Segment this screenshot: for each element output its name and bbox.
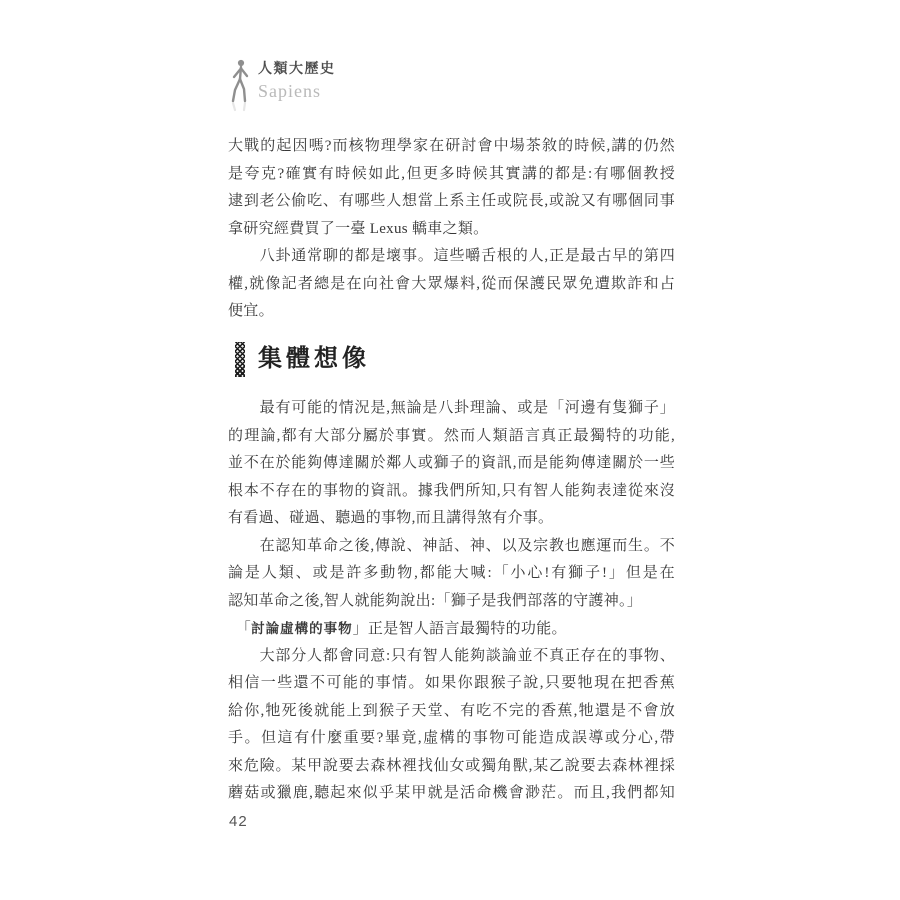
section-heading-mark-icon: [235, 342, 245, 377]
page-number: 42: [229, 813, 248, 830]
logo-title: 人類大歷史: [258, 62, 336, 78]
text-line: 便宜。: [228, 298, 675, 326]
text-line: 逮到老公偷吃、有哪些人想當上系主任或院長,或說又有哪個同事: [228, 188, 675, 216]
section-heading: 集體想像: [258, 342, 370, 377]
header-logo: 人類大歷史 Sapiens: [229, 58, 336, 114]
paragraph: 在認知革命之後,傳說、神話、神、以及宗教也應運而生。不論是人類、或是許多動物,都…: [228, 533, 675, 616]
text-line: 來危險。某甲說要去森林裡找仙女或獨角獸,某乙說要去森林裡採: [228, 753, 675, 781]
text-line: 論是人類、或是許多動物,都能大喊:「小心!有獅子!」但是在: [228, 560, 675, 588]
text-line: 認知革命之後,智人就能夠說出:「獅子是我們部落的守護神。」: [228, 588, 675, 616]
text-line: 並不在於能夠傳達關於鄰人或獅子的資訊,而是能夠傳達關於一些: [228, 450, 675, 478]
emphasized-phrase: 討論虛構的事物: [251, 621, 353, 636]
paragraph: 大戰的起因嗎?而核物理學家在研討會中場茶敘的時候,講的仍然是夸克?確實有時候如此…: [228, 133, 675, 243]
text-line: 大部分人都會同意:只有智人能夠談論並不真正存在的事物、: [228, 643, 675, 671]
text-line: 八卦通常聊的都是壞事。這些嚼舌根的人,正是最古早的第四: [228, 243, 675, 271]
text-line: 相信一些還不可能的事情。如果你跟猴子說,只要牠現在把香蕉: [228, 670, 675, 698]
text-line: 拿研究經費買了一臺 Lexus 轎車之類。: [228, 216, 675, 244]
text-line: 最有可能的情況是,無論是八卦理論、或是「河邊有隻獅子」: [228, 395, 675, 423]
paragraph: 八卦通常聊的都是壞事。這些嚼舌根的人,正是最古早的第四權,就像記者總是在向社會大…: [228, 243, 675, 326]
text-line: 給你,牠死後就能上到猴子天堂、有吃不完的香蕉,牠還是不會放: [228, 698, 675, 726]
body-text-part1: 大戰的起因嗎?而核物理學家在研討會中場茶敘的時候,講的仍然是夸克?確實有時候如此…: [228, 133, 675, 326]
text-line: 手。但這有什麼重要?畢竟,虛構的事物可能造成誤導或分心,帶: [228, 725, 675, 753]
text-line: 有看過、碰過、聽過的事物,而且講得煞有介事。: [228, 505, 675, 533]
paragraph: 大部分人都會同意:只有智人能夠談論並不真正存在的事物、相信一些還不可能的事情。如…: [228, 643, 675, 808]
paragraph: 「討論虛構的事物」正是智人語言最獨特的功能。: [228, 615, 675, 643]
body-text-part2: 最有可能的情況是,無論是八卦理論、或是「河邊有隻獅子」的理論,都有大部分屬於事實…: [228, 395, 675, 808]
logo-subtitle: Sapiens: [258, 80, 336, 102]
text-line: 根本不存在的事物的資訊。據我們所知,只有智人能夠表達從來沒: [228, 478, 675, 506]
logo-text: 人類大歷史 Sapiens: [258, 58, 336, 102]
text-line: 「討論虛構的事物」正是智人語言最獨特的功能。: [228, 615, 675, 643]
text-line: 的理論,都有大部分屬於事實。然而人類語言真正最獨特的功能,: [228, 423, 675, 451]
text-line: 大戰的起因嗎?而核物理學家在研討會中場茶敘的時候,講的仍然: [228, 133, 675, 161]
text-line: 是夸克?確實有時候如此,但更多時候其實講的都是:有哪個教授: [228, 161, 675, 189]
text-line: 在認知革命之後,傳說、神話、神、以及宗教也應運而生。不: [228, 533, 675, 561]
text-line: 蘑菇或獵鹿,聽起來似乎某甲就是活命機會渺茫。而且,我們都知: [228, 780, 675, 808]
text-line: 權,就像記者總是在向社會大眾爆料,從而保護民眾免遭欺詐和占: [228, 271, 675, 299]
book-page: 人類大歷史 Sapiens 大戰的起因嗎?而核物理學家在研討會中場茶敘的時候,講…: [0, 0, 900, 900]
paragraph: 最有可能的情況是,無論是八卦理論、或是「河邊有隻獅子」的理論,都有大部分屬於事實…: [228, 395, 675, 533]
walking-figure-icon: [229, 58, 253, 114]
section-heading-row: 集體想像: [235, 342, 370, 377]
